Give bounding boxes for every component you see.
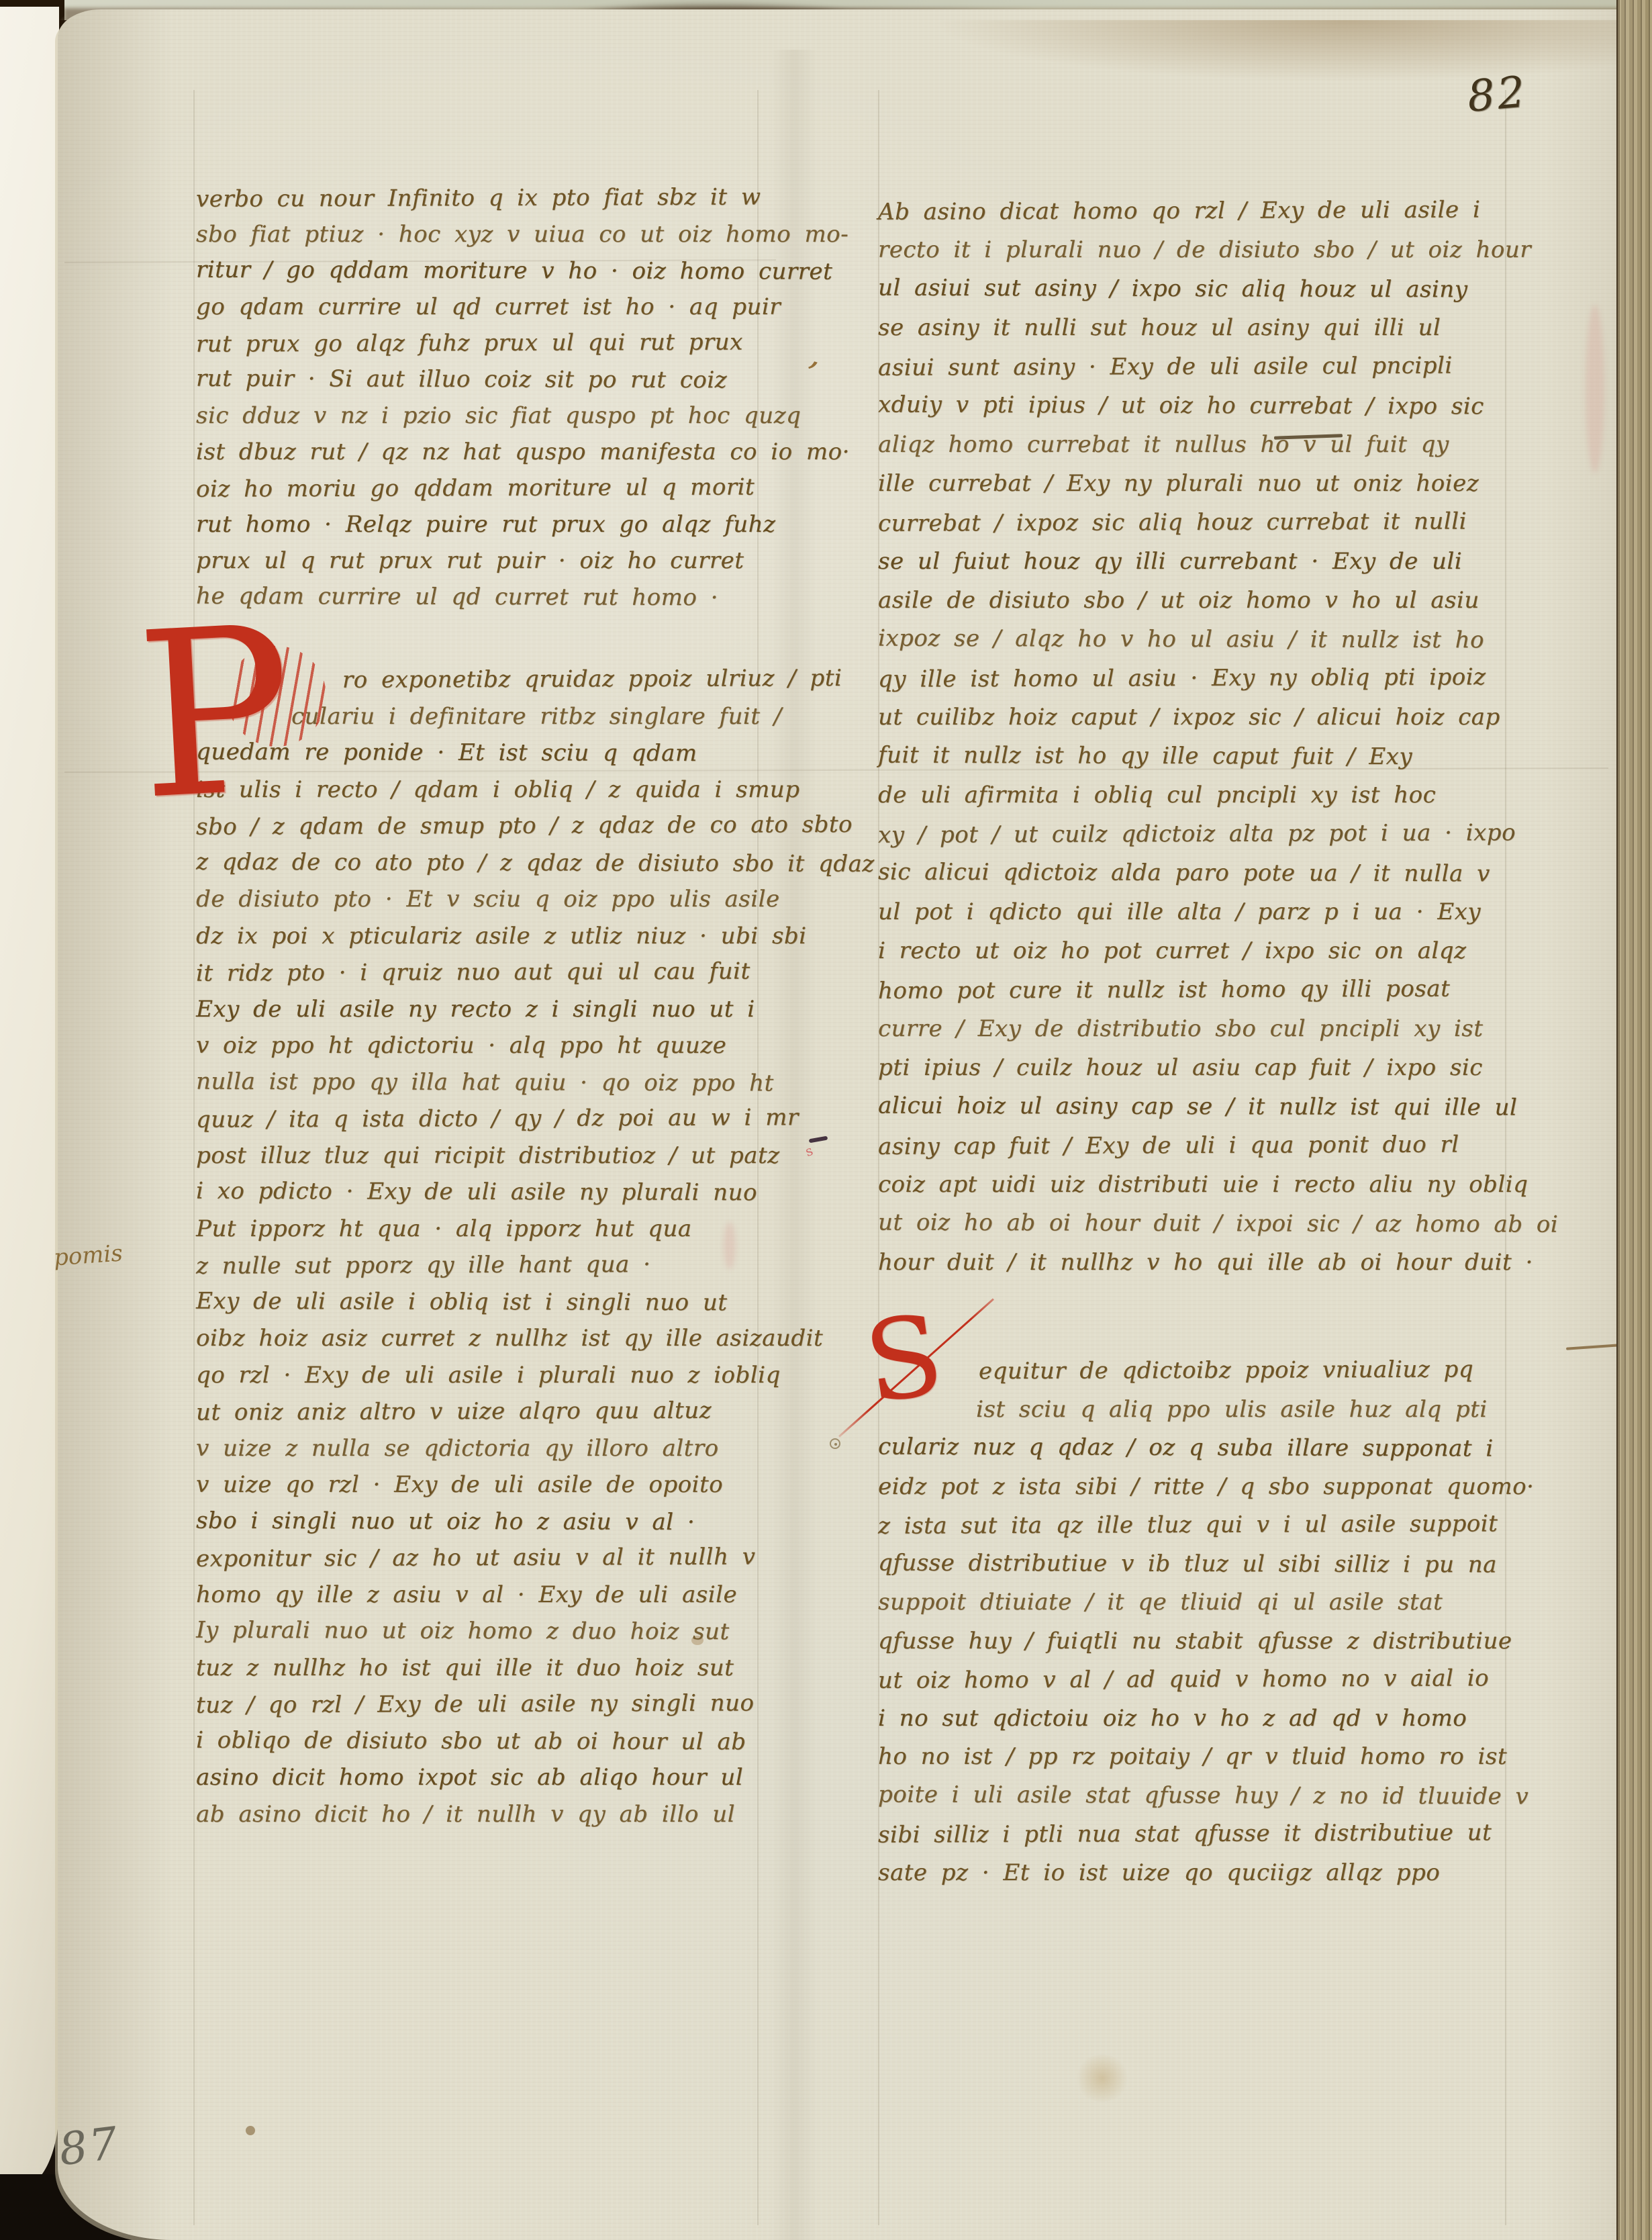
fore-edge-page-stack xyxy=(1616,0,1652,2240)
manuscript-text-line: v uize qo rzl · Exy de uli asile de opoi… xyxy=(196,1466,763,1503)
stain-spot xyxy=(246,2126,255,2135)
ruling-line xyxy=(193,90,195,2225)
manuscript-text-line: coiz apt uidi uiz distributi uie i recto… xyxy=(878,1165,1506,1204)
ink-showthrough xyxy=(1586,305,1604,473)
manuscript-text-line: i recto ut oiz ho pot curret / ixpo sic … xyxy=(878,931,1506,970)
manuscript-text-line: i xo pdicto · Exy de uli asile ny plural… xyxy=(196,1173,763,1211)
manuscript-text-line: tuz / qo rzl / Exy de uli asile ny singl… xyxy=(196,1685,763,1724)
manuscript-text-line: qfusse huy / fuiqtli nu stabit qfusse z … xyxy=(878,1622,1506,1661)
manuscript-text-line: oibz hoiz asiz curret z nullhz ist qy il… xyxy=(196,1320,763,1357)
manuscript-text-line: ho no ist / pp rz poitaiy / qr v tluid h… xyxy=(878,1738,1506,1777)
manuscript-text-line: dz ix poi x pticulariz asile z utliz niu… xyxy=(196,918,763,955)
manuscript-text-line: z qdaz de co ato pto / z qdaz de disiuto… xyxy=(196,843,763,882)
manuscript-text-line: Exy de uli asile i obliq ist i singli nu… xyxy=(196,1282,763,1321)
manuscript-scan: verbo cu nour Infinito q ix pto fiat sbz… xyxy=(0,0,1652,2240)
manuscript-text-line: z nulle sut pporz qy ille hant qua · xyxy=(196,1246,763,1285)
manuscript-text-line: qo rzl · Exy de uli asile i plurali nuo … xyxy=(196,1357,763,1394)
manuscript-text-line: sic dduz v nz i pzio sic fiat quspo pt h… xyxy=(196,398,763,434)
left-column-paragraph-1: verbo cu nour Infinito q ix pto fiat sbz… xyxy=(196,180,763,615)
manuscript-text-line: asiny cap fuit / Exy de uli i qua ponit … xyxy=(878,1125,1506,1166)
right-column-paragraph-1: Ab asino dicat homo qo rzl / Exy de uli … xyxy=(878,191,1506,1282)
manuscript-text-line: Put ipporz ht qua · alq ipporz hut qua xyxy=(196,1211,763,1248)
manuscript-text-line: i no sut qdictoiu oiz ho v ho z ad qd v … xyxy=(878,1699,1506,1738)
manuscript-text-line: ritur / go qddam moriture v ho · oiz hom… xyxy=(196,252,763,290)
manuscript-text-line: hour duit / it nullhz v ho qui ille ab o… xyxy=(878,1243,1506,1282)
manuscript-text-line: alicui hoiz ul asiny cap se / it nullz i… xyxy=(878,1086,1506,1127)
manuscript-text-line: exponitur sic / az ho ut asiu v al it nu… xyxy=(196,1538,763,1577)
manuscript-text-line: homo qy ille z asiu v al · Exy de uli as… xyxy=(196,1577,763,1614)
manuscript-text-line: aliqz homo currebat it nullus ho v ul fu… xyxy=(878,425,1506,464)
manuscript-text-line: de uli afirmita i obliq cul pncipli xy i… xyxy=(878,776,1506,814)
manuscript-text-line: post illuz tluz qui ricipit distributioz… xyxy=(196,1137,763,1174)
pencil-foliation: 87 xyxy=(56,2117,123,2176)
manuscript-text-line: tuz z nullhz ho ist qui ille it duo hoiz… xyxy=(196,1650,763,1687)
manuscript-text-line: Ab asino dicat homo qo rzl / Exy de uli … xyxy=(878,190,1506,232)
manuscript-text-line: ut oniz aniz altro v uize alqro quu altu… xyxy=(196,1392,763,1431)
manuscript-text-line: nulla ist ppo qy illa hat quiu · qo oiz … xyxy=(196,1063,763,1101)
manuscript-text-line: oiz ho moriu go qddam moriture ul q mori… xyxy=(196,469,763,507)
manuscript-text-line: fuit it nullz ist ho qy ille caput fuit … xyxy=(878,736,1506,777)
manuscript-text-line: v uize z nulla se qdictoria qy illoro al… xyxy=(196,1430,763,1467)
margin-note: pomis xyxy=(53,1240,124,1271)
manuscript-text-line: Exy de uli asile ny recto z i singli nuo… xyxy=(196,991,763,1028)
manuscript-text-line: verbo cu nour Infinito q ix pto fiat sbz… xyxy=(196,179,763,217)
manuscript-text-line: rut prux go alqz fuhz prux ul qui rut pr… xyxy=(196,324,763,362)
manuscript-text-line: de disiuto pto · Et v sciu q oiz ppo uli… xyxy=(196,881,763,918)
circled-dot-mark xyxy=(830,1438,840,1449)
manuscript-text-line: sibi silliz i ptli nua stat qfusse it di… xyxy=(878,1814,1506,1855)
manuscript-text-line: suppoit dtiuiate / it qe tliuid qi ul as… xyxy=(878,1583,1506,1622)
manuscript-text-line: sic alicui qdictoiz alda paro pote ua / … xyxy=(878,853,1506,894)
folio-number: 82 xyxy=(1465,67,1530,122)
manuscript-text-line: ab asino dicit ho / it nullh v qy ab ill… xyxy=(196,1796,763,1833)
manuscript-text-line: eidz pot z ista sibi / ritte / q sbo sup… xyxy=(878,1468,1506,1507)
previous-page-edge xyxy=(0,7,59,2189)
manuscript-text-line: sbo i singli nuo ut oiz ho z asiu v al · xyxy=(196,1502,763,1540)
manuscript-text-line: go qdam currire ul qd curret ist ho · aq… xyxy=(196,289,763,325)
manuscript-text-line: se ul fuiut houz qy illi currebant · Exy… xyxy=(878,542,1506,581)
rubricated-initial-S: S xyxy=(859,1299,949,1419)
manuscript-text-line: currebat / ixpoz sic aliq houz currebat … xyxy=(878,502,1506,543)
manuscript-text-line: ist dbuz rut / qz nz hat quspo manifesta… xyxy=(196,434,763,470)
manuscript-text-line: asiui sunt asiny · Exy de uli asile cul … xyxy=(878,346,1506,387)
manuscript-text-line: pti ipius / cuilz houz ul asiu cap fuit … xyxy=(878,1048,1506,1087)
stain-spot xyxy=(1074,2055,1130,2102)
manuscript-text-line: se asiny it nulli sut houz ul asiny qui … xyxy=(878,308,1506,347)
manuscript-text-line: z ista sut ita qz ille tluz qui v i ul a… xyxy=(878,1505,1506,1546)
manuscript-text-line: i obliqo de disiuto sbo ut ab oi hour ul… xyxy=(196,1722,763,1760)
manuscript-text-line: recto it i plurali nuo / de disiuto sbo … xyxy=(878,230,1506,269)
manuscript-text-line: poite i uli asile stat qfusse huy / z no… xyxy=(878,1775,1506,1816)
manuscript-text-line: asino dicit homo ixpot sic ab aliqo hour… xyxy=(196,1759,763,1796)
manuscript-text-line: prux ul q rut prux rut puir · oiz ho cur… xyxy=(196,543,763,579)
manuscript-text-line: ixpoz se / alqz ho v ho ul asiu / it nul… xyxy=(878,619,1506,660)
manuscript-text-line: ul asiui sut asiny / ixpo sic aliq houz … xyxy=(878,269,1506,310)
manuscript-text-line: rut puir · Si aut illuo coiz sit po rut … xyxy=(196,361,763,399)
manuscript-text-line: it ridz pto · i qruiz nuo aut qui ul cau… xyxy=(196,953,763,992)
manuscript-text-line: ut cuilibz hoiz caput / ixpoz sic / alic… xyxy=(878,698,1506,737)
manuscript-text-line: ul pot i qdicto qui ille alta / parz p i… xyxy=(878,892,1506,931)
manuscript-text-line: rut homo · Relqz puire rut prux go alqz … xyxy=(196,506,763,543)
manuscript-text-line: curre / Exy de distributio sbo cul pncip… xyxy=(878,1009,1506,1048)
right-column-paragraph-2: equitur de qdictoibz ppoiz vniualiuz pqi… xyxy=(878,1352,1506,1892)
manuscript-text-line: xy / pot / ut cuilz qdictoiz alta pz pot… xyxy=(878,813,1506,855)
manuscript-text-line: qfusse distributiue v ib tluz ul sibi si… xyxy=(878,1544,1506,1584)
manuscript-text-line: ut oiz homo v al / ad quid v homo no v a… xyxy=(878,1659,1506,1700)
manuscript-text-line: ist sciu q aliq ppo ulis asile huz alq p… xyxy=(878,1391,1506,1430)
manuscript-text-line: homo pot cure it nullz ist homo qy illi … xyxy=(878,969,1506,1011)
manuscript-text-line: Iy plurali nuo ut oiz homo z duo hoiz su… xyxy=(196,1612,763,1650)
manuscript-text-line: sate pz · Et io ist uize qo quciigz allq… xyxy=(878,1854,1506,1893)
manuscript-text-line: sbo fiat ptiuz · hoc xyz v uiua co ut oi… xyxy=(196,216,763,252)
manuscript-text-line: v oiz ppo ht qdictoriu · alq ppo ht quuz… xyxy=(196,1027,763,1064)
manuscript-text-line: quuz / ita q ista dicto / qy / dz poi au… xyxy=(196,1099,763,1138)
manuscript-text-line: culariz nuz q qdaz / oz q suba illare su… xyxy=(878,1428,1506,1468)
manuscript-text-line: ille currebat / Exy ny plurali nuo ut on… xyxy=(878,464,1506,503)
manuscript-text-line: xduiy v pti ipius / ut oiz ho currebat /… xyxy=(878,385,1506,426)
manuscript-text-line: qy ille ist homo ul asiu · Exy ny obliq … xyxy=(878,657,1506,699)
manuscript-text-line: asile de disiuto sbo / ut oiz homo v ho … xyxy=(878,581,1506,620)
manuscript-text-line: ut oiz ho ab oi hour duit / ixpoi sic / … xyxy=(878,1203,1506,1244)
manuscript-text-line: equitur de qdictoibz ppoiz vniualiuz pq xyxy=(878,1350,1506,1391)
